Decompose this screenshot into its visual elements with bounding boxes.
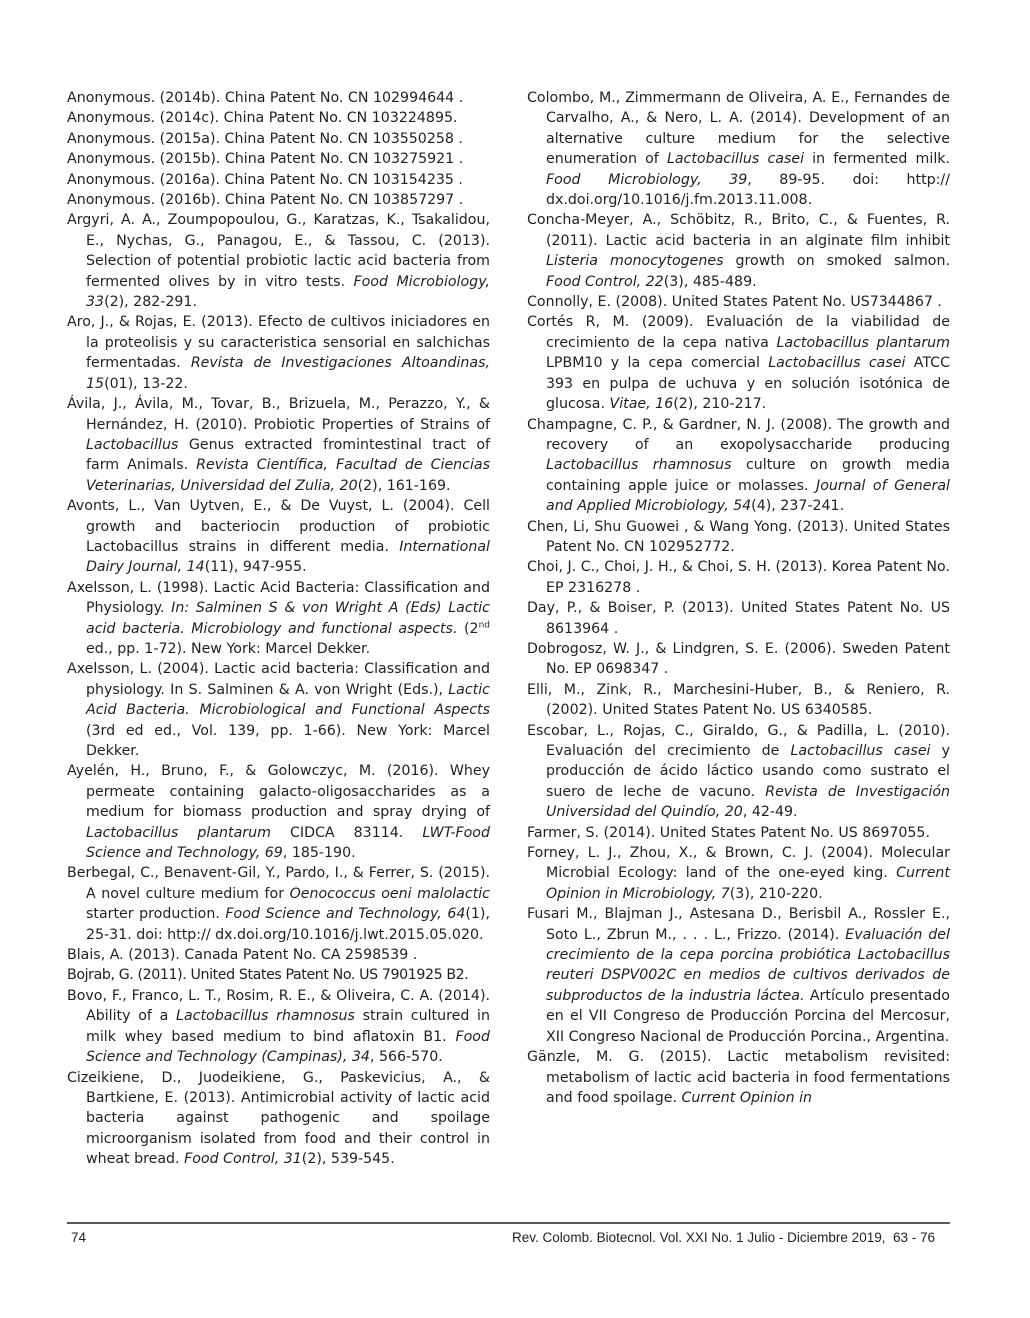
reference-text: (3), 210-220.: [730, 886, 823, 902]
reference-text: (2), 282-291.: [104, 294, 197, 310]
reference-text: Anonymous. (2014c). China Patent No. CN …: [67, 110, 458, 126]
reference-text: Choi, J. C., Choi, J. H., & Choi, S. H. …: [527, 559, 950, 595]
reference-entry: Chen, Li, Shu Guowei , & Wang Yong. (201…: [527, 517, 950, 558]
reference-italic-text: Food Control, 22: [546, 274, 664, 290]
reference-entry: Avonts, L., Van Uytven, E., & De Vuyst, …: [67, 496, 490, 578]
reference-text: ed., pp. 1-72). New York: Marcel Dekker.: [86, 641, 370, 657]
reference-text: Axelsson, L. (2004). Lactic acid bacteri…: [67, 661, 490, 697]
reference-italic-text: Vitae, 16: [610, 396, 674, 412]
reference-italic-text: Lactobacillus rhamnosus: [176, 1008, 355, 1024]
reference-entry: Anonymous. (2014b). China Patent No. CN …: [67, 88, 490, 108]
reference-text: Elli, M., Zink, R., Marchesini-Huber, B.…: [527, 682, 950, 718]
reference-text: Anonymous. (2016b). China Patent No. CN …: [67, 192, 463, 208]
reference-entry: Cortés R, M. (2009). Evaluación de la vi…: [527, 312, 950, 414]
reference-text: Blais, A. (2013). Canada Patent No. CA 2…: [67, 947, 417, 963]
reference-text: Connolly, E. (2008). United States Paten…: [527, 294, 942, 310]
reference-italic-text: Food Science and Technology, 64: [225, 906, 465, 922]
reference-entry: Bovo, F., Franco, L. T., Rosim, R. E., &…: [67, 986, 490, 1068]
reference-text: Chen, Li, Shu Guowei , & Wang Yong. (201…: [527, 519, 950, 555]
reference-entry: Choi, J. C., Choi, J. H., & Choi, S. H. …: [527, 557, 950, 598]
reference-text: (2), 539-545.: [302, 1151, 395, 1167]
reference-text: nd: [479, 620, 490, 630]
reference-text: growth on smoked salmon.: [723, 253, 950, 269]
reference-text: (01), 13-22.: [104, 376, 188, 392]
reference-text: (11), 947-955.: [205, 559, 307, 575]
reference-entry: Anonymous. (2014c). China Patent No. CN …: [67, 108, 490, 128]
reference-text: Farmer, S. (2014). United States Patent …: [527, 825, 930, 841]
reference-entry: Escobar, L., Rojas, C., Giraldo, G., & P…: [527, 721, 950, 823]
reference-italic-text: Lactobacillus casei: [768, 355, 905, 371]
reference-italic-text: Lactobacillus plantarum: [86, 825, 271, 841]
reference-text: in fermented milk.: [804, 151, 950, 167]
reference-entry: Ayelén, H., Bruno, F., & Golowczyc, M. (…: [67, 761, 490, 863]
reference-entry: Blais, A. (2013). Canada Patent No. CA 2…: [67, 945, 490, 965]
reference-italic-text: Current Opinion in: [681, 1090, 812, 1106]
reference-entry: Gänzle, M. G. (2015). Lactic metabolism …: [527, 1047, 950, 1108]
journal-citation: Rev. Colomb. Biotecnol. Vol. XXI No. 1 J…: [512, 1230, 935, 1245]
reference-entry: Connolly, E. (2008). United States Paten…: [527, 292, 950, 312]
reference-entry: Axelsson, L. (1998). Lactic Acid Bacteri…: [67, 578, 490, 660]
reference-entry: Anonymous. (2015a). China Patent No. CN …: [67, 129, 490, 149]
footer-rule: [67, 1222, 950, 1224]
reference-text: Champagne, C. P., & Gardner, N. J. (2008…: [527, 417, 950, 453]
reference-italic-text: Listeria monocytogenes: [546, 253, 723, 269]
reference-text: Anonymous. (2015b). China Patent No. CN …: [67, 151, 463, 167]
reference-text: (2), 161-169.: [358, 478, 451, 494]
reference-text: Concha-Meyer, A., Schöbitz, R., Brito, C…: [527, 212, 950, 248]
reference-entry: Anonymous. (2016b). China Patent No. CN …: [67, 190, 490, 210]
reference-italic-text: Lactobacillus plantarum: [776, 335, 950, 351]
reference-text: Ávila, J., Ávila, M., Tovar, B., Brizuel…: [67, 396, 490, 432]
reference-entry: Axelsson, L. (2004). Lactic acid bacteri…: [67, 659, 490, 761]
reference-text: , 566-570.: [370, 1049, 443, 1065]
reference-entry: Farmer, S. (2014). United States Patent …: [527, 823, 950, 843]
reference-text: (4), 237-241.: [751, 498, 844, 514]
reference-text: Day, P., & Boiser, P. (2013). United Sta…: [527, 600, 950, 636]
reference-entry: Anonymous. (2016a). China Patent No. CN …: [67, 170, 490, 190]
reference-text: LPBM10 y la cepa comercial: [546, 355, 768, 371]
reference-text: Dobrogosz, W. J., & Lindgren, S. E. (200…: [527, 641, 950, 677]
reference-entry: Concha-Meyer, A., Schöbitz, R., Brito, C…: [527, 210, 950, 292]
reference-italic-text: Food Control, 31: [184, 1151, 302, 1167]
reference-entry: Aro, J., & Rojas, E. (2013). Efecto de c…: [67, 312, 490, 394]
reference-entry: Ávila, J., Ávila, M., Tovar, B., Brizuel…: [67, 394, 490, 496]
reference-text: (2), 210-217.: [673, 396, 766, 412]
reference-text: Forney, L. J., Zhou, X., & Brown, C. J. …: [527, 845, 950, 881]
references-right-column: Colombo, M., Zimmermann de Oliveira, A. …: [527, 88, 950, 1108]
reference-italic-text: Food Microbiology, 39: [546, 172, 747, 188]
reference-text: (3rd ed ed., Vol. 139, pp. 1-66). New Yo…: [86, 723, 490, 759]
reference-text: Ayelén, H., Bruno, F., & Golowczyc, M. (…: [67, 763, 490, 820]
reference-entry: Forney, L. J., Zhou, X., & Brown, C. J. …: [527, 843, 950, 904]
reference-entry: Fusari M., Blajman J., Astesana D., Beri…: [527, 904, 950, 1047]
reference-entry: Dobrogosz, W. J., & Lindgren, S. E. (200…: [527, 639, 950, 680]
reference-text: (2: [457, 621, 478, 637]
reference-text: starter production.: [86, 906, 225, 922]
reference-italic-text: Lactobacillus casei: [667, 151, 804, 167]
reference-italic-text: Lactobacillus rhamnosus: [546, 457, 732, 473]
references-left-column: Anonymous. (2014b). China Patent No. CN …: [67, 88, 490, 1170]
reference-entry: Elli, M., Zink, R., Marchesini-Huber, B.…: [527, 680, 950, 721]
page-number: 74: [71, 1230, 86, 1245]
reference-text: Anonymous. (2015a). China Patent No. CN …: [67, 131, 463, 147]
reference-text: , 42-49.: [743, 804, 798, 820]
reference-entry: Champagne, C. P., & Gardner, N. J. (2008…: [527, 415, 950, 517]
reference-text: , 185-190.: [283, 845, 356, 861]
reference-entry: Cizeikiene, D., Juodeikiene, G., Paskevi…: [67, 1068, 490, 1170]
reference-text: CIDCA 83114.: [271, 825, 422, 841]
reference-entry: Colombo, M., Zimmermann de Oliveira, A. …: [527, 88, 950, 210]
reference-text: Anonymous. (2014b). China Patent No. CN …: [67, 90, 463, 106]
reference-italic-text: Oenococcus oeni malolactic: [290, 886, 490, 902]
reference-entry: Bojrab, G. (2011). United States Patent …: [67, 965, 490, 985]
reference-entry: Day, P., & Boiser, P. (2013). United Sta…: [527, 598, 950, 639]
reference-italic-text: Lactobacillus casei: [790, 743, 930, 759]
reference-text: (3), 485-489.: [664, 274, 757, 290]
reference-text: Anonymous. (2016a). China Patent No. CN …: [67, 172, 463, 188]
reference-text: Bojrab, G. (2011). United States Patent …: [67, 967, 468, 983]
reference-entry: Berbegal, C., Benavent-Gil, Y., Pardo, I…: [67, 863, 490, 945]
reference-entry: Anonymous. (2015b). China Patent No. CN …: [67, 149, 490, 169]
reference-entry: Argyri, A. A., Zoumpopoulou, G., Karatza…: [67, 210, 490, 312]
reference-italic-text: Lactobacillus: [86, 437, 178, 453]
